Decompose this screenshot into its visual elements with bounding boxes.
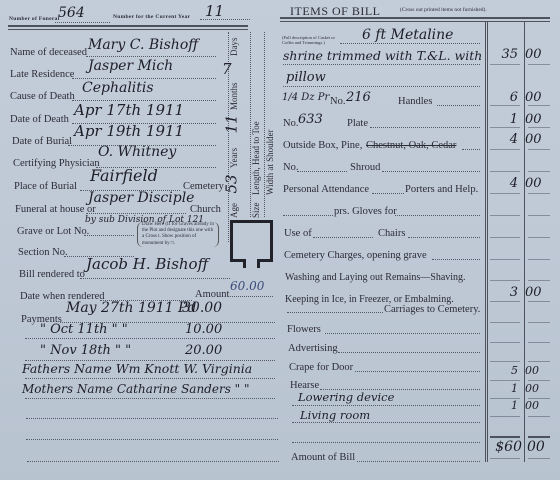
outside-box-dollars: 4 bbox=[490, 132, 518, 147]
attendance-label: Personal Attendance bbox=[283, 184, 369, 195]
handles-cents: 00 bbox=[525, 90, 547, 105]
section-label: Section No. bbox=[18, 247, 68, 258]
bill-subtitle: (Cross out printed items not furnished). bbox=[400, 7, 487, 13]
current-year-label: Number for the Current Year bbox=[113, 14, 190, 20]
residence-label: Late Residence bbox=[10, 69, 74, 80]
payment-1-date: May 27th 1911 Pd bbox=[66, 300, 196, 316]
plate-dollars: 1 bbox=[490, 112, 518, 127]
physician-value: O. Whitney bbox=[98, 144, 176, 160]
hearse-cents: 00 bbox=[525, 364, 547, 377]
flowers-label: Flowers bbox=[287, 324, 321, 335]
handles-label: Handles bbox=[398, 96, 432, 107]
burial-date-value: Apr 19th 1911 bbox=[74, 122, 184, 140]
note-father: Fathers Name Wm Knott W. Virginia bbox=[22, 361, 252, 376]
funeral-number-value: 564 bbox=[58, 5, 85, 21]
chairs-label: Chairs bbox=[378, 228, 405, 239]
grave-drawing-box bbox=[230, 220, 273, 262]
plate-no-label: No. bbox=[283, 118, 298, 129]
keeping-cents: 00 bbox=[525, 285, 547, 300]
name-label: Name of deceased bbox=[10, 47, 87, 58]
funeral-number-label: Number of Funeral bbox=[9, 16, 60, 22]
handles-dollars: 6 bbox=[490, 90, 518, 105]
washing-label: Washing and Laying out Remains—Shaving. bbox=[285, 272, 466, 283]
living-room: Living room bbox=[300, 408, 370, 422]
lowering-dollars: 1 bbox=[490, 382, 518, 395]
age-label: Age bbox=[229, 203, 239, 218]
casket-label: (Full description of Casket or Coffin an… bbox=[282, 35, 337, 45]
funeral-at-value: Jasper Disciple bbox=[88, 190, 194, 206]
payment-2-date: " Oct 11th " " bbox=[40, 322, 128, 337]
hearse-dollars: 5 bbox=[490, 364, 518, 377]
outside-box-label: Outside Box, Pine, bbox=[283, 140, 362, 151]
payment-3-date: " Nov 18th " " bbox=[40, 343, 131, 358]
carriages-label: Carriages to Cemetery. bbox=[384, 304, 480, 315]
outside-box-cents: 00 bbox=[525, 132, 547, 147]
note-mother: Mothers Name Catharine Sanders " " bbox=[22, 382, 250, 396]
shroud-label: Shroud bbox=[350, 162, 380, 173]
length-label: Length, Head to Toe bbox=[251, 121, 261, 195]
plate-number: 633 bbox=[298, 112, 323, 127]
grave-label: Grave or Lot No. bbox=[17, 226, 89, 237]
years-label: Years bbox=[229, 148, 239, 168]
draw-note: Draw Here (If for Graves already in the … bbox=[137, 222, 219, 247]
gloves-label: prs. Gloves for bbox=[334, 206, 397, 217]
death-date-label: Date of Death bbox=[10, 114, 69, 125]
lowering-device: Lowering device bbox=[298, 390, 394, 404]
amount-value: 60.00 bbox=[230, 279, 264, 293]
funeral-record-page: Number of Funeral 564 Number for the Cur… bbox=[0, 0, 560, 480]
total-dollars: $60 bbox=[488, 439, 522, 455]
plate-label: Plate bbox=[347, 118, 368, 129]
plate-cents: 00 bbox=[525, 112, 547, 127]
width-label: Width at Shoulder bbox=[265, 129, 275, 195]
porters-label: Porters and Help. bbox=[405, 184, 478, 195]
burial-date-label: Date of Burial bbox=[12, 136, 72, 147]
payment-1-amount: 30.00 bbox=[182, 300, 222, 316]
casket-line-3: pillow bbox=[286, 70, 326, 85]
casket-line-1: 6 ft Metaline bbox=[362, 27, 453, 43]
cause-label: Cause of Death bbox=[10, 91, 75, 102]
funeral-at-label: Funeral at house or bbox=[15, 204, 96, 215]
attendance-dollars: 4 bbox=[490, 176, 518, 191]
bill-to-label: Bill rendered to bbox=[19, 269, 85, 280]
bill-to-value: Jacob H. Bishoff bbox=[86, 255, 208, 273]
handles-prefix: 1/4 Dz Pr bbox=[282, 92, 329, 103]
payment-3-amount: 20.00 bbox=[185, 343, 222, 358]
physician-label: Certifying Physician bbox=[13, 158, 100, 169]
living-room-dollars: 1 bbox=[490, 399, 518, 412]
cause-value: Cephalitis bbox=[82, 80, 154, 96]
casket-cents: 00 bbox=[525, 47, 547, 62]
attendance-cents: 00 bbox=[525, 176, 547, 191]
days-label: Days bbox=[229, 38, 239, 57]
handles-number: 216 bbox=[346, 90, 371, 105]
casket-dollars: 35 bbox=[490, 47, 518, 62]
lowering-cents: 00 bbox=[525, 382, 547, 395]
total-cents: 00 bbox=[527, 439, 549, 455]
days-value: 7 bbox=[222, 60, 232, 78]
burial-place-label: Place of Burial bbox=[14, 181, 77, 192]
casket-line-2: shrine trimmed with T.&L. with bbox=[283, 48, 482, 63]
death-date-value: Apr 17th 1911 bbox=[74, 101, 184, 119]
keeping-dollars: 3 bbox=[490, 285, 518, 300]
years-value: 11 bbox=[223, 114, 241, 133]
months-label: Months bbox=[229, 82, 239, 110]
crape-label: Crape for Door bbox=[289, 362, 353, 373]
outside-box-struck: Chestnut, Oak, Cedar bbox=[366, 140, 456, 151]
living-room-cents: 00 bbox=[525, 399, 547, 412]
payment-2-amount: 10.00 bbox=[185, 322, 222, 337]
handles-no-label: No. bbox=[330, 96, 345, 107]
name-value: Mary C. Bishoff bbox=[88, 37, 198, 53]
size-label: Size bbox=[251, 203, 261, 219]
current-year-value: 11 bbox=[205, 2, 224, 20]
church-label: Church bbox=[190, 204, 221, 215]
age-value: 53 bbox=[223, 174, 241, 193]
amount-label: Amount bbox=[195, 289, 229, 300]
cemetery-charges-label: Cemetery Charges, opening grave bbox=[284, 250, 427, 261]
burial-place-value: Fairfield bbox=[90, 166, 158, 185]
advertising-label: Advertising bbox=[288, 343, 338, 354]
residence-value: Jasper Mich bbox=[88, 58, 173, 74]
total-label: Amount of Bill bbox=[291, 452, 355, 463]
use-of-label: Use of bbox=[284, 228, 312, 239]
